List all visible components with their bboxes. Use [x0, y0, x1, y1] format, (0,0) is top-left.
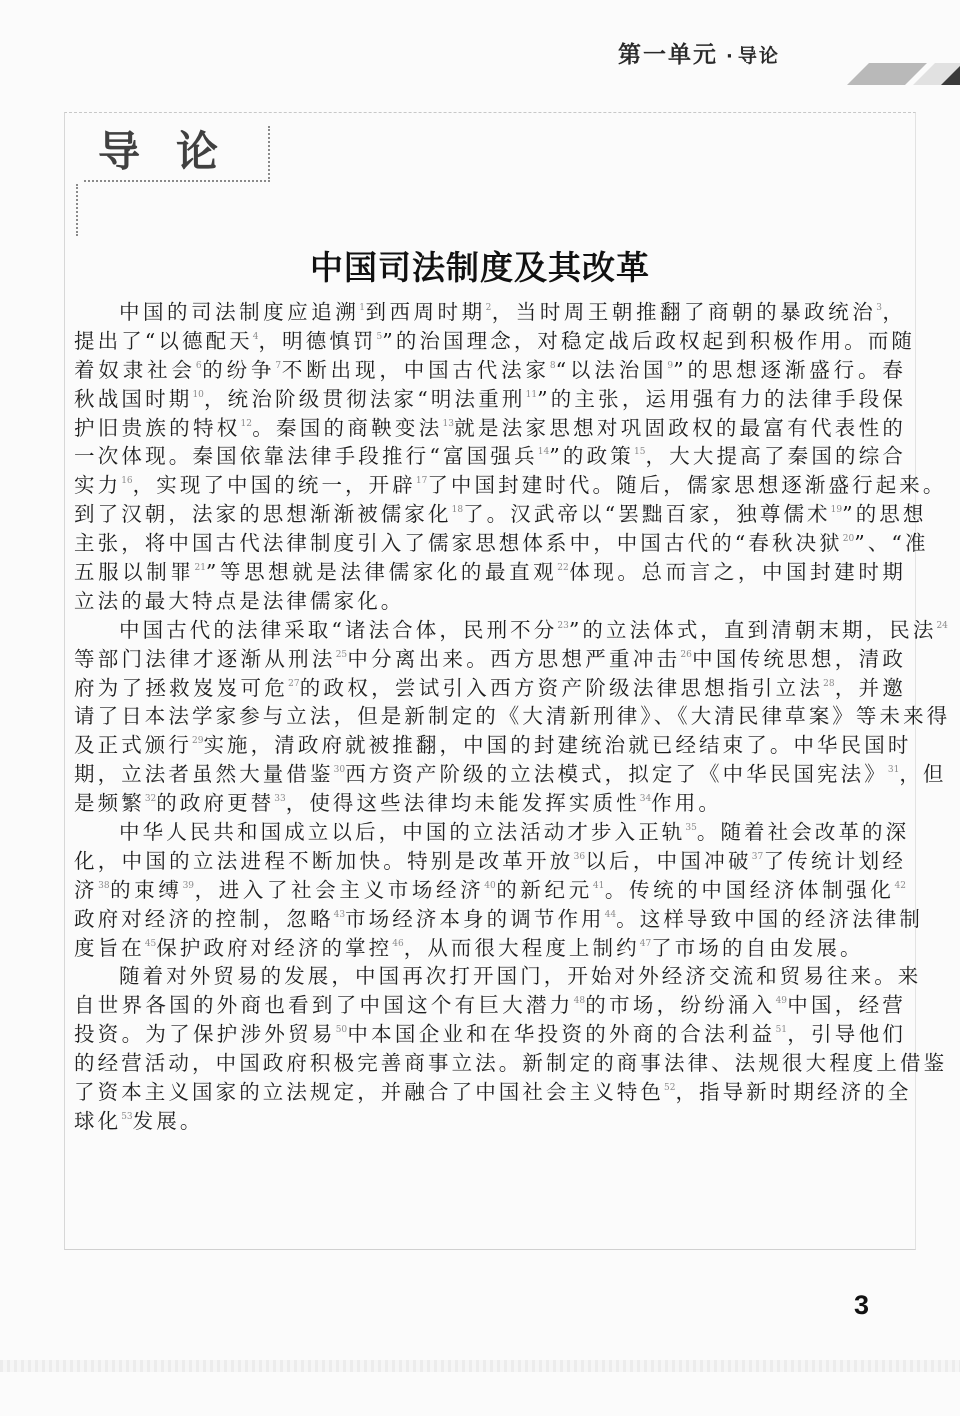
- footnote-marker: 21: [194, 563, 205, 573]
- footnote-marker: 32: [145, 794, 156, 804]
- footnote-marker: 19: [831, 505, 842, 515]
- footnote-marker: 12: [241, 419, 252, 429]
- footnote-marker: 49: [776, 996, 787, 1006]
- footnote-marker: 1: [359, 303, 365, 313]
- text-line: 投资。为了保护涉外贸易50中本国企业和在华投资的外商的合法利益51，引导他们: [74, 1020, 906, 1049]
- footnote-marker: 27: [288, 679, 299, 689]
- section-badge-dotted-rule: [76, 184, 78, 236]
- text-line: 化，中国的立法进程不断加快。特别是改革开放36以后，中国冲破37了传统计划经: [74, 847, 906, 876]
- footnote-marker: 53: [121, 1112, 132, 1122]
- header-unit: 第一单元: [618, 42, 718, 68]
- text-line: 等部门法律才逐渐从刑法25中分离出来。西方思想严重冲击26中国传统思想，清政: [74, 645, 906, 674]
- footnote-marker: 2: [486, 303, 492, 313]
- footnote-marker: 37: [752, 852, 763, 862]
- section-badge: 导论: [84, 126, 270, 182]
- text-line: 主张，将中国古代法律制度引入了儒家思想体系中，中国古代的“春秋决狱20”、“准: [74, 529, 906, 558]
- footnote-marker: 9: [667, 361, 673, 371]
- text-line: 中国古代的法律采取“诸法合体，民刑不分23”的立法体式，直到清朝末期，民法24: [74, 616, 906, 645]
- text-line: 着奴隶社会6的纷争7不断出现，中国古代法家8“以法治国9”的思想逐渐盛行。春: [74, 356, 906, 385]
- footnote-marker: 7: [275, 361, 281, 371]
- footnote-marker: 22: [557, 563, 568, 573]
- text-line: 及正式颁行29实施，清政府就被推翻，中国的封建统治就已经结束了。中华民国时: [74, 731, 906, 760]
- footnote-marker: 23: [557, 621, 568, 631]
- footnote-marker: 26: [680, 650, 691, 660]
- text-line: 的经营活动，中国政府积极完善商事立法。新制定的商事法律、法规很大程度上借鉴: [74, 1049, 906, 1078]
- footnote-marker: 20: [843, 534, 854, 544]
- footnote-marker: 14: [538, 447, 549, 457]
- text-line: 五服以制罪21”等思想就是法律儒家化的最直观22体现。总而言之，中国封建时期: [74, 558, 906, 587]
- text-line: 请了日本法学家参与立法，但是新制定的《大清新刑律》、《大清民律草案》等未来得: [74, 702, 906, 731]
- text-line: 济38的束缚39，进入了社会主义市场经济40的新纪元41。传统的中国经济体制强化…: [74, 876, 906, 905]
- footnote-marker: 43: [334, 910, 345, 920]
- footnote-marker: 36: [574, 852, 585, 862]
- text-line: 中国的司法制度应追溯1到西周时期2，当时周王朝推翻了商朝的暴政统治3，: [74, 298, 906, 327]
- text-line: 期，立法者虽然大量借鉴30西方资产阶级的立法模式，拟定了《中华民国宪法》31，但: [74, 760, 906, 789]
- text-line: 中华人民共和国成立以后，中国的立法活动才步入正轨35。随着社会改革的深: [74, 818, 906, 847]
- footnote-marker: 34: [640, 794, 651, 804]
- footnote-marker: 17: [416, 476, 427, 486]
- text-line: 政府对经济的控制，忽略43市场经济本身的调节作用44。这样导致中国的经济法律制: [74, 905, 906, 934]
- footnote-marker: 45: [145, 939, 156, 949]
- footnote-marker: 51: [776, 1025, 787, 1035]
- text-line: 度旨在45保护政府对经济的掌控46，从而很大程度上制约47了市场的自由发展。: [74, 934, 906, 963]
- footnote-marker: 3: [876, 303, 882, 313]
- text-line: 自世界各国的外商也看到了中国这个有巨大潜力48的市场，纷纷涌入49中国，经营: [74, 991, 906, 1020]
- header-separator: ·: [726, 46, 735, 67]
- page-number: 3: [854, 1290, 869, 1321]
- text-line: 府为了拯救岌岌可危27的政权，尝试引入西方资产阶级法律思想指引立法28，并邀: [74, 674, 906, 703]
- text-line: 秋战国时期10，统治阶级贯彻法家“明法重刑11”的主张，运用强有力的法律手段保: [74, 385, 906, 414]
- footnote-marker: 28: [823, 679, 834, 689]
- scan-artifact-strip: [0, 1360, 960, 1372]
- footnote-marker: 16: [121, 476, 132, 486]
- header-section: 导论: [738, 45, 780, 67]
- footnote-marker: 11: [526, 390, 537, 400]
- footnote-marker: 50: [336, 1025, 347, 1035]
- footnote-marker: 25: [336, 650, 347, 660]
- footnote-marker: 15: [634, 447, 645, 457]
- footnote-marker: 4: [253, 332, 259, 342]
- text-line: 立法的最大特点是法律儒家化。: [74, 587, 906, 616]
- article-body: 中国的司法制度应追溯1到西周时期2，当时周王朝推翻了商朝的暴政统治3，提出了“以…: [74, 298, 906, 1136]
- footnote-marker: 41: [593, 881, 604, 891]
- footnote-marker: 31: [888, 765, 899, 775]
- footnote-marker: 6: [196, 361, 202, 371]
- footnote-marker: 48: [574, 996, 585, 1006]
- text-line: 提出了“以德配天4，明德慎罚5”的治国理念，对稳定战后政权起到积极作用。而随: [74, 327, 906, 356]
- footnote-marker: 29: [192, 736, 203, 746]
- footnote-marker: 18: [452, 505, 463, 515]
- footnote-marker: 47: [640, 939, 651, 949]
- footnote-marker: 46: [392, 939, 403, 949]
- footnote-marker: 30: [334, 765, 345, 775]
- footnote-marker: 40: [484, 881, 495, 891]
- text-line: 球化53发展。: [74, 1107, 906, 1136]
- footnote-marker: 38: [98, 881, 109, 891]
- text-line: 是频繁32的政府更替33，使得这些法律均未能发挥实质性34作用。: [74, 789, 906, 818]
- footnote-marker: 39: [183, 881, 194, 891]
- article-title: 中国司法制度及其改革: [0, 242, 960, 289]
- footnote-marker: 8: [550, 361, 556, 371]
- text-line: 随着对外贸易的发展，中国再次打开国门，开始对外经济交流和贸易往来。来: [74, 962, 906, 991]
- footnote-marker: 13: [443, 419, 454, 429]
- text-line: 到了汉朝，法家的思想渐渐被儒家化18了。汉武帝以“罢黜百家，独尊儒术19”的思想: [74, 500, 906, 529]
- text-line: 实力16，实现了中国的统一，开辟17了中国封建时代。随后，儒家思想逐渐盛行起来。: [74, 471, 906, 500]
- footnote-marker: 52: [664, 1083, 675, 1093]
- footnote-marker: 42: [895, 881, 906, 891]
- text-line: 一次体现。秦国依靠法律手段推行“富国强兵14”的政策15，大大提高了秦国的综合: [74, 442, 906, 471]
- text-line: 了资本主义国家的立法规定，并融合了中国社会主义特色52，指导新时期经济的全: [74, 1078, 906, 1107]
- footnote-marker: 24: [936, 621, 947, 631]
- footnote-marker: 5: [377, 332, 383, 342]
- footnote-marker: 33: [274, 794, 285, 804]
- footnote-marker: 10: [192, 390, 203, 400]
- footnote-marker: 35: [685, 823, 696, 833]
- running-header: 第一单元·导论: [618, 36, 780, 69]
- footnote-marker: 44: [605, 910, 616, 920]
- text-line: 护旧贵族的特权12。秦国的商鞅变法13就是法家思想对巩固政权的最富有代表性的: [74, 414, 906, 443]
